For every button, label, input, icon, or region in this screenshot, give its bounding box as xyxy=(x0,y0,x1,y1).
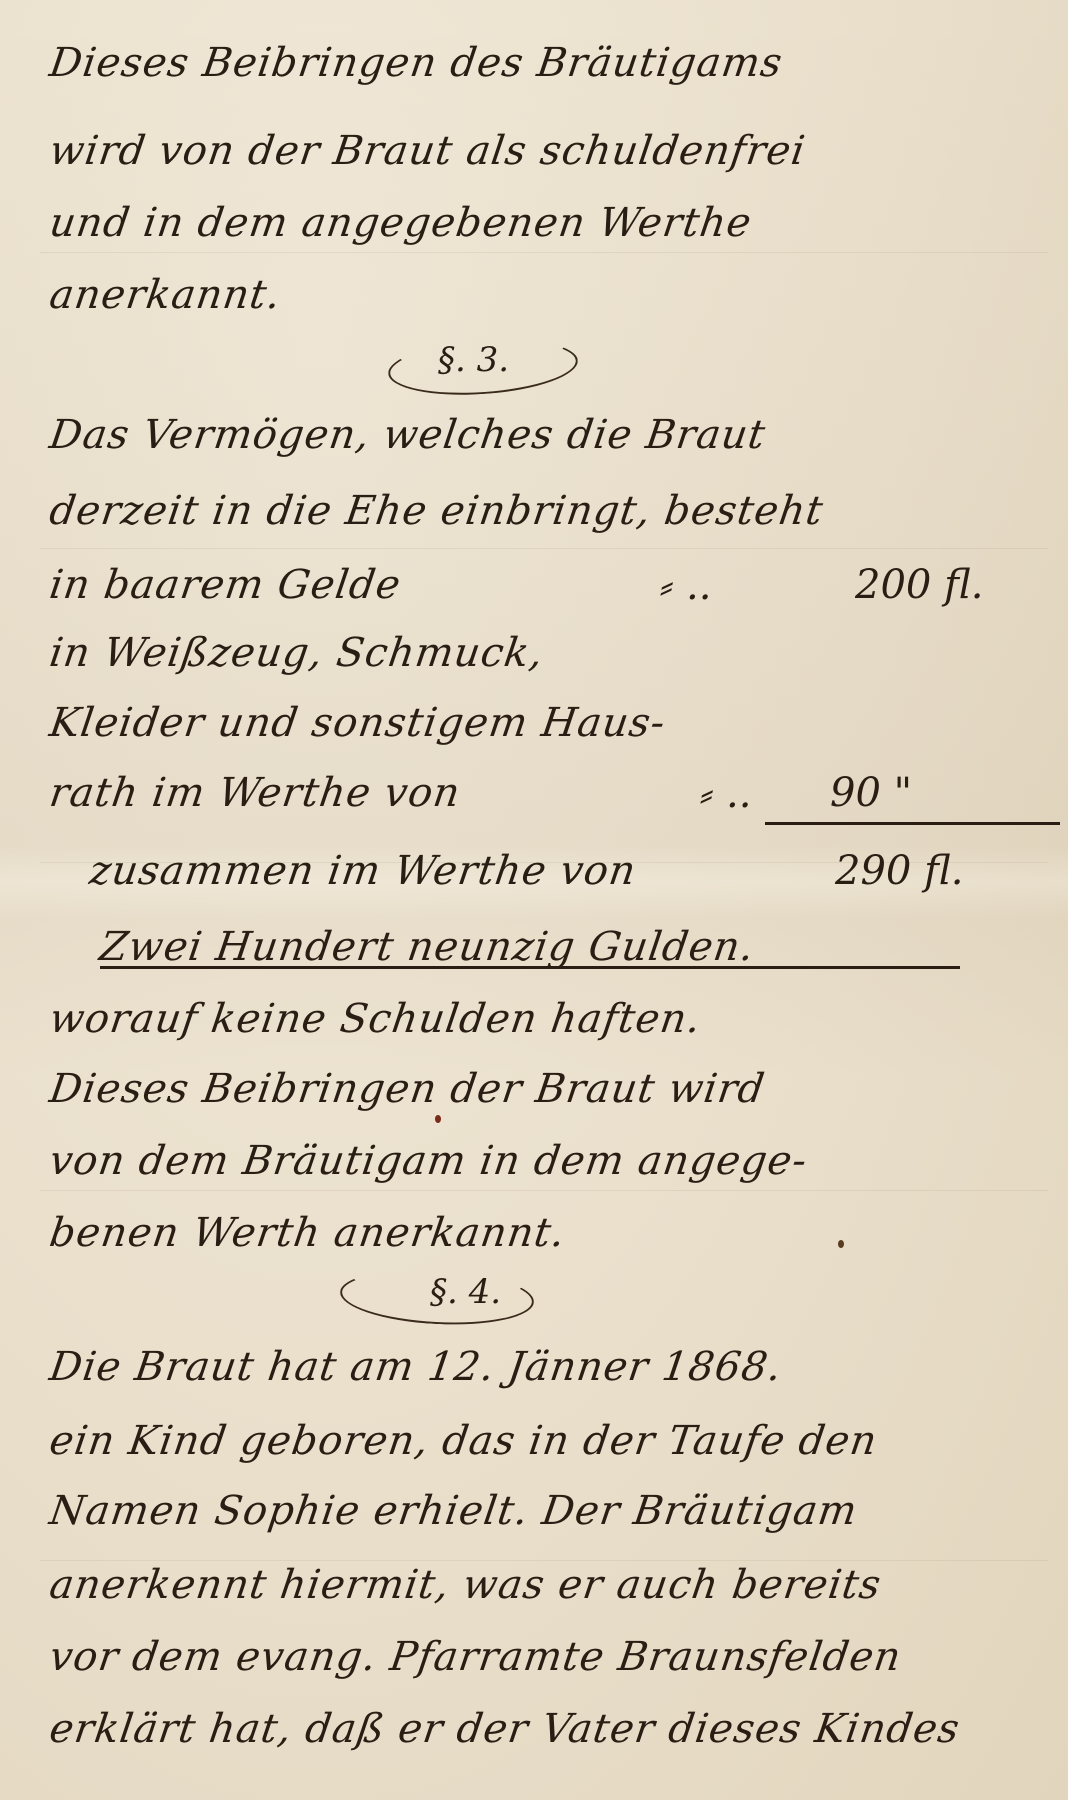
document-page: Dieses Beibringen des Bräutigams wird vo… xyxy=(0,0,1068,1800)
text-line: zusammen im Werthe von xyxy=(87,848,639,894)
text-line: Kleider und sonstigem Haus- xyxy=(47,700,669,746)
text-line: benen Werth anerkannt. xyxy=(47,1210,569,1256)
ruled-line xyxy=(40,548,1048,549)
text-line: Dieses Beibringen des Bräutigams xyxy=(47,40,786,86)
paragraph-heading-3: §. 3. xyxy=(438,340,509,380)
ruled-line xyxy=(40,1190,1048,1191)
ink-speck xyxy=(838,1240,844,1248)
ruled-line xyxy=(40,252,1048,253)
sum-underline xyxy=(765,822,1060,825)
text-line: rath im Werthe von xyxy=(47,770,464,816)
amount-cash: 200 fl. xyxy=(855,562,983,608)
text-line: Namen Sophie erhielt. Der Bräutigam xyxy=(47,1488,861,1534)
text-line: derzeit in die Ehe einbringt, besteht xyxy=(47,488,827,534)
text-line: Die Braut hat am 12. Jänner 1868. xyxy=(47,1344,785,1390)
text-line: wird von der Braut als schuldenfrei xyxy=(47,128,809,174)
text-line: anerkennt hiermit, was er auch bereits xyxy=(47,1562,884,1608)
text-line: von dem Bräutigam in dem angege- xyxy=(47,1138,811,1184)
text-line: vor dem evang. Pfarramte Braunsfelden xyxy=(47,1634,905,1680)
text-line: worauf keine Schulden haften. xyxy=(47,996,704,1042)
amount-goods: 90 " xyxy=(830,770,912,816)
leader-dots: ⸗ .. xyxy=(700,770,751,817)
text-line-amount-in-words: Zwei Hundert neunzig Gulden. xyxy=(97,924,758,970)
paragraph-heading-4: §. 4. xyxy=(430,1272,501,1312)
text-line: Das Vermögen, welches die Braut xyxy=(47,412,769,458)
text-line: ein Kind geboren, das in der Taufe den xyxy=(47,1418,881,1464)
text-line: Dieses Beibringen der Braut wird xyxy=(47,1066,768,1112)
text-line: anerkannt. xyxy=(47,272,284,318)
text-line: erklärt hat, daß er der Vater dieses Kin… xyxy=(47,1706,963,1752)
text-line: in Weißzeug, Schmuck, xyxy=(47,630,547,676)
text-line: in baarem Gelde xyxy=(47,562,404,608)
text-line: und in dem angegebenen Werthe xyxy=(47,200,755,246)
ruled-line xyxy=(40,1560,1048,1561)
leader-dots: ⸗ .. xyxy=(660,562,711,609)
amount-total: 290 fl. xyxy=(835,848,963,894)
words-underline xyxy=(100,966,960,969)
ink-speck xyxy=(435,1115,441,1123)
